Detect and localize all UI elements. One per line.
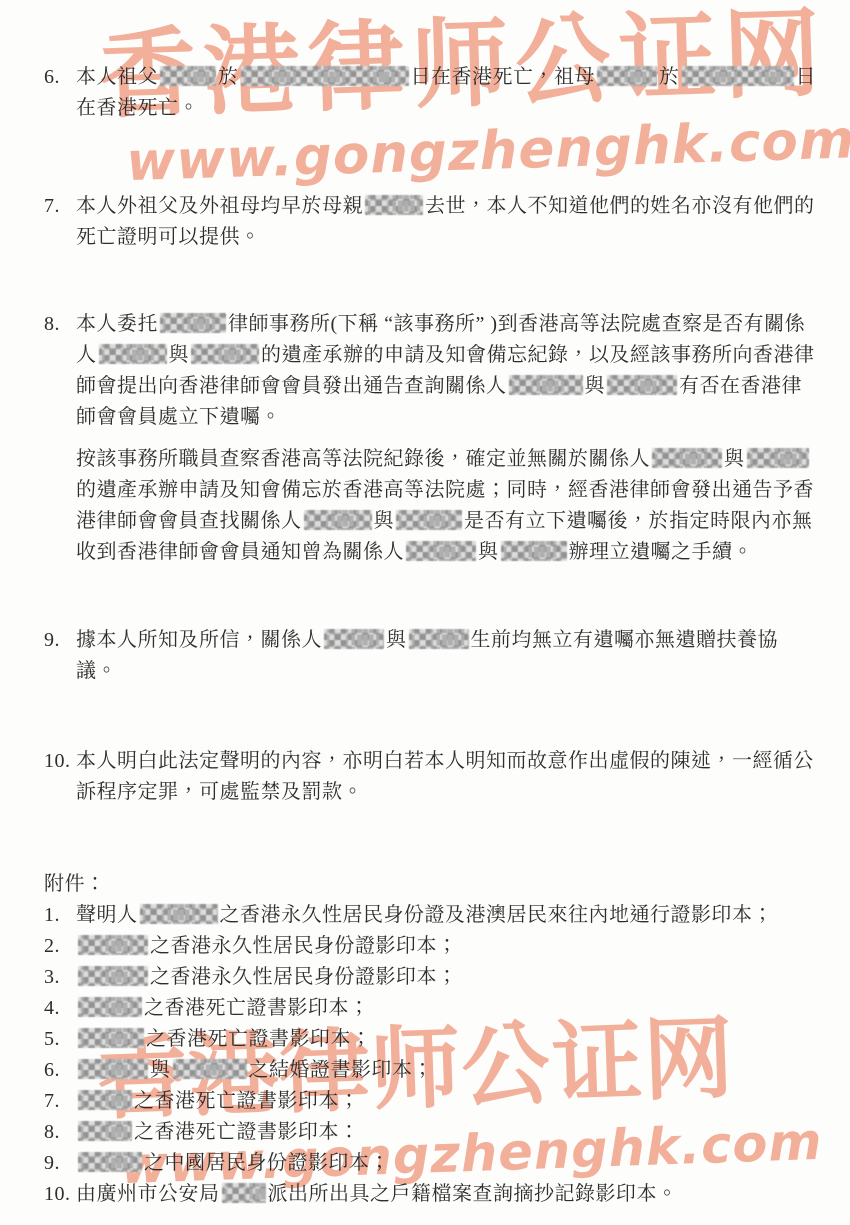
item-body: 之香港死亡證書影印本；	[76, 1086, 816, 1117]
item-number: 8.	[44, 1117, 76, 1148]
redacted-name-block	[406, 541, 476, 561]
item-body: 之香港死亡證書影印本；	[76, 993, 816, 1024]
paragraph: 與之結婚證書影印本；	[76, 1055, 816, 1086]
attachment-item-3: 3.之香港永久性居民身份證影印本；	[44, 962, 816, 993]
paragraph: 本人明白此法定聲明的內容，亦明白若本人明知而故意作出虛假的陳述，一經循公訴程序定…	[76, 746, 816, 808]
declaration-content: 6.本人祖父於日在香港死亡，祖母於日在香港死亡。7.本人外祖父及外祖母均早於母親…	[0, 0, 850, 1210]
paragraph: 本人祖父於日在香港死亡，祖母於日在香港死亡。	[76, 62, 816, 124]
item-number: 1.	[44, 900, 76, 931]
text-run: 於	[659, 66, 680, 88]
redacted-name-block	[78, 935, 148, 955]
declaration-item-9: 9.據本人所知及所信，關係人與生前均無立有遺囑亦無遺贈扶養協議。	[44, 625, 816, 687]
text-run: 之結婚證書影印本；	[249, 1059, 434, 1081]
attachment-item-4: 4.之香港死亡證書影印本；	[44, 993, 816, 1024]
item-number: 9.	[44, 625, 76, 656]
text-run: 之中國居民身份證影印本；	[144, 1152, 390, 1174]
attachment-item-6: 6.與之結婚證書影印本；	[44, 1055, 816, 1086]
attachment-item-2: 2.之香港永久性居民身份證影印本；	[44, 931, 816, 962]
redacted-name-block	[78, 997, 142, 1017]
text-run: 日在香港死亡，祖母	[411, 66, 596, 88]
item-number: 6.	[44, 62, 76, 93]
text-run: 本人外祖父及外祖母均早於母親	[76, 195, 363, 217]
attachment-item-1: 1.聲明人之香港永久性居民身份證及港澳居民來往內地通行證影印本；	[44, 900, 816, 931]
item-number: 10.	[44, 1179, 76, 1210]
paragraph: 按該事務所職員查察香港高等法院紀錄後，確定並無關於關係人與的遺產承辦申請及知會備…	[76, 444, 816, 568]
text-run: 之香港死亡證書影印本：	[134, 1121, 360, 1143]
text-run: 本人祖父	[76, 66, 158, 88]
paragraph: 之香港死亡證書影印本；	[76, 1024, 816, 1055]
text-run: 與	[169, 344, 190, 366]
text-run: 之香港死亡證書影印本；	[146, 1028, 372, 1050]
paragraph: 本人委托律師事務所(下稱 “該事務所” )到香港高等法院處查察是否有關係人與的遺…	[76, 309, 816, 433]
item-body: 之中國居民身份證影印本；	[76, 1148, 816, 1179]
item-number: 2.	[44, 931, 76, 962]
paragraph: 本人外祖父及外祖母均早於母親去世，本人不知道他們的姓名亦沒有他們的死亡證明可以提…	[76, 191, 816, 253]
attachment-item-5: 5.之香港死亡證書影印本；	[44, 1024, 816, 1055]
item-body: 與之結婚證書影印本；	[76, 1055, 816, 1086]
text-run: 與	[724, 448, 745, 470]
redacted-date-block	[682, 66, 794, 86]
text-run: 之香港死亡證書影印本；	[134, 1090, 360, 1112]
redacted-date-block	[241, 66, 409, 86]
paragraph: 之香港永久性居民身份證影印本；	[76, 931, 816, 962]
redacted-name-block	[160, 66, 216, 86]
item-body: 之香港永久性居民身份證影印本；	[76, 931, 816, 962]
text-run: 於	[218, 66, 239, 88]
document-page: 香港律师公证网 www.gongzhenghk.com 香港律师公证网 www.…	[0, 0, 850, 1225]
text-run: 據本人所知及所信，關係人	[76, 629, 322, 651]
redacted-name-block	[365, 195, 423, 215]
text-run: 與	[150, 1059, 171, 1081]
redacted-name-block	[78, 966, 148, 986]
text-run: 按該事務所職員查察香港高等法院紀錄後，確定並無關於關係人	[76, 448, 650, 470]
text-run: 之香港永久性居民身份證影印本；	[150, 935, 458, 957]
redacted-name-block	[747, 448, 809, 468]
text-run: 辦理立遺囑之手續。	[569, 541, 754, 563]
redacted-name-block	[78, 1152, 142, 1172]
redacted-name-block	[99, 344, 167, 364]
declaration-item-7: 7.本人外祖父及外祖母均早於母親去世，本人不知道他們的姓名亦沒有他們的死亡證明可…	[44, 191, 816, 253]
redacted-name-block	[324, 629, 384, 649]
text-run: 之香港永久性居民身份證影印本；	[150, 966, 458, 988]
attachments-list: 1.聲明人之香港永久性居民身份證及港澳居民來往內地通行證影印本；2.之香港永久性…	[44, 900, 816, 1210]
paragraph: 之香港死亡證書影印本；	[76, 1086, 816, 1117]
redacted-name-block	[396, 510, 462, 530]
item-body: 本人外祖父及外祖母均早於母親去世，本人不知道他們的姓名亦沒有他們的死亡證明可以提…	[76, 191, 816, 253]
redacted-name-block	[173, 1059, 247, 1079]
item-number: 6.	[44, 1055, 76, 1086]
item-number: 7.	[44, 191, 76, 222]
attachment-item-10: 10.由廣州市公安局派出所出具之戶籍檔案查詢摘抄記錄影印本。	[44, 1179, 816, 1210]
redacted-name-block	[304, 510, 372, 530]
redacted-name-block	[78, 1121, 132, 1141]
text-run: 之香港死亡證書影印本；	[144, 997, 370, 1019]
declaration-items: 6.本人祖父於日在香港死亡，祖母於日在香港死亡。7.本人外祖父及外祖母均早於母親…	[44, 62, 816, 808]
redacted-name-block	[191, 344, 259, 364]
item-number: 4.	[44, 993, 76, 1024]
redacted-name-block	[222, 1183, 266, 1203]
text-run: 本人委托	[76, 313, 158, 335]
attachment-item-9: 9.之中國居民身份證影印本；	[44, 1148, 816, 1179]
paragraph: 之香港死亡證書影印本：	[76, 1117, 816, 1148]
item-body: 本人委托律師事務所(下稱 “該事務所” )到香港高等法院處查察是否有關係人與的遺…	[76, 309, 816, 568]
paragraph: 據本人所知及所信，關係人與生前均無立有遺囑亦無遺贈扶養協議。	[76, 625, 816, 687]
text-run: 與	[478, 541, 499, 563]
text-run: 與	[585, 375, 606, 397]
attachment-item-8: 8.之香港死亡證書影印本：	[44, 1117, 816, 1148]
redacted-name-block	[78, 1028, 144, 1048]
text-run: 派出所出具之戶籍檔案查詢摘抄記錄影印本。	[268, 1183, 678, 1205]
attachments-heading: 附件：	[44, 869, 816, 900]
item-number: 8.	[44, 309, 76, 340]
item-body: 之香港死亡證書影印本；	[76, 1024, 816, 1055]
item-number: 3.	[44, 962, 76, 993]
redacted-name-block	[160, 313, 226, 333]
text-run: 之香港永久性居民身份證及港澳居民來往內地通行證影印本；	[220, 904, 774, 926]
redacted-name-block	[140, 904, 218, 924]
redacted-name-block	[78, 1059, 148, 1079]
redacted-name-block	[78, 1090, 132, 1110]
item-body: 之香港死亡證書影印本：	[76, 1117, 816, 1148]
item-body: 本人明白此法定聲明的內容，亦明白若本人明知而故意作出虛假的陳述，一經循公訴程序定…	[76, 746, 816, 808]
paragraph: 之中國居民身份證影印本；	[76, 1148, 816, 1179]
item-number: 5.	[44, 1024, 76, 1055]
text-run: 本人明白此法定聲明的內容，亦明白若本人明知而故意作出虛假的陳述，一經循公訴程序定…	[76, 750, 814, 803]
paragraph: 之香港死亡證書影印本；	[76, 993, 816, 1024]
redacted-name-block	[509, 375, 583, 395]
item-number: 9.	[44, 1148, 76, 1179]
redacted-name-block	[409, 629, 469, 649]
redacted-name-block	[607, 375, 677, 395]
redacted-name-block	[501, 541, 567, 561]
item-body: 據本人所知及所信，關係人與生前均無立有遺囑亦無遺贈扶養協議。	[76, 625, 816, 687]
text-run: 與	[374, 510, 395, 532]
text-run: 由廣州市公安局	[76, 1183, 220, 1205]
item-body: 之香港永久性居民身份證影印本；	[76, 962, 816, 993]
text-run: 聲明人	[76, 904, 138, 926]
paragraph: 之香港永久性居民身份證影印本；	[76, 962, 816, 993]
attachment-item-7: 7.之香港死亡證書影印本；	[44, 1086, 816, 1117]
declaration-item-10: 10.本人明白此法定聲明的內容，亦明白若本人明知而故意作出虛假的陳述，一經循公訴…	[44, 746, 816, 808]
redacted-name-block	[652, 448, 722, 468]
text-run: 與	[386, 629, 407, 651]
item-number: 7.	[44, 1086, 76, 1117]
item-body: 由廣州市公安局派出所出具之戶籍檔案查詢摘抄記錄影印本。	[76, 1179, 816, 1210]
declaration-item-8: 8.本人委托律師事務所(下稱 “該事務所” )到香港高等法院處查察是否有關係人與…	[44, 309, 816, 568]
item-body: 本人祖父於日在香港死亡，祖母於日在香港死亡。	[76, 62, 816, 124]
item-number: 10.	[44, 746, 76, 777]
item-body: 聲明人之香港永久性居民身份證及港澳居民來往內地通行證影印本；	[76, 900, 816, 931]
paragraph: 聲明人之香港永久性居民身份證及港澳居民來往內地通行證影印本；	[76, 900, 816, 931]
redacted-name-block	[597, 66, 657, 86]
paragraph: 由廣州市公安局派出所出具之戶籍檔案查詢摘抄記錄影印本。	[76, 1179, 816, 1210]
declaration-item-6: 6.本人祖父於日在香港死亡，祖母於日在香港死亡。	[44, 62, 816, 124]
